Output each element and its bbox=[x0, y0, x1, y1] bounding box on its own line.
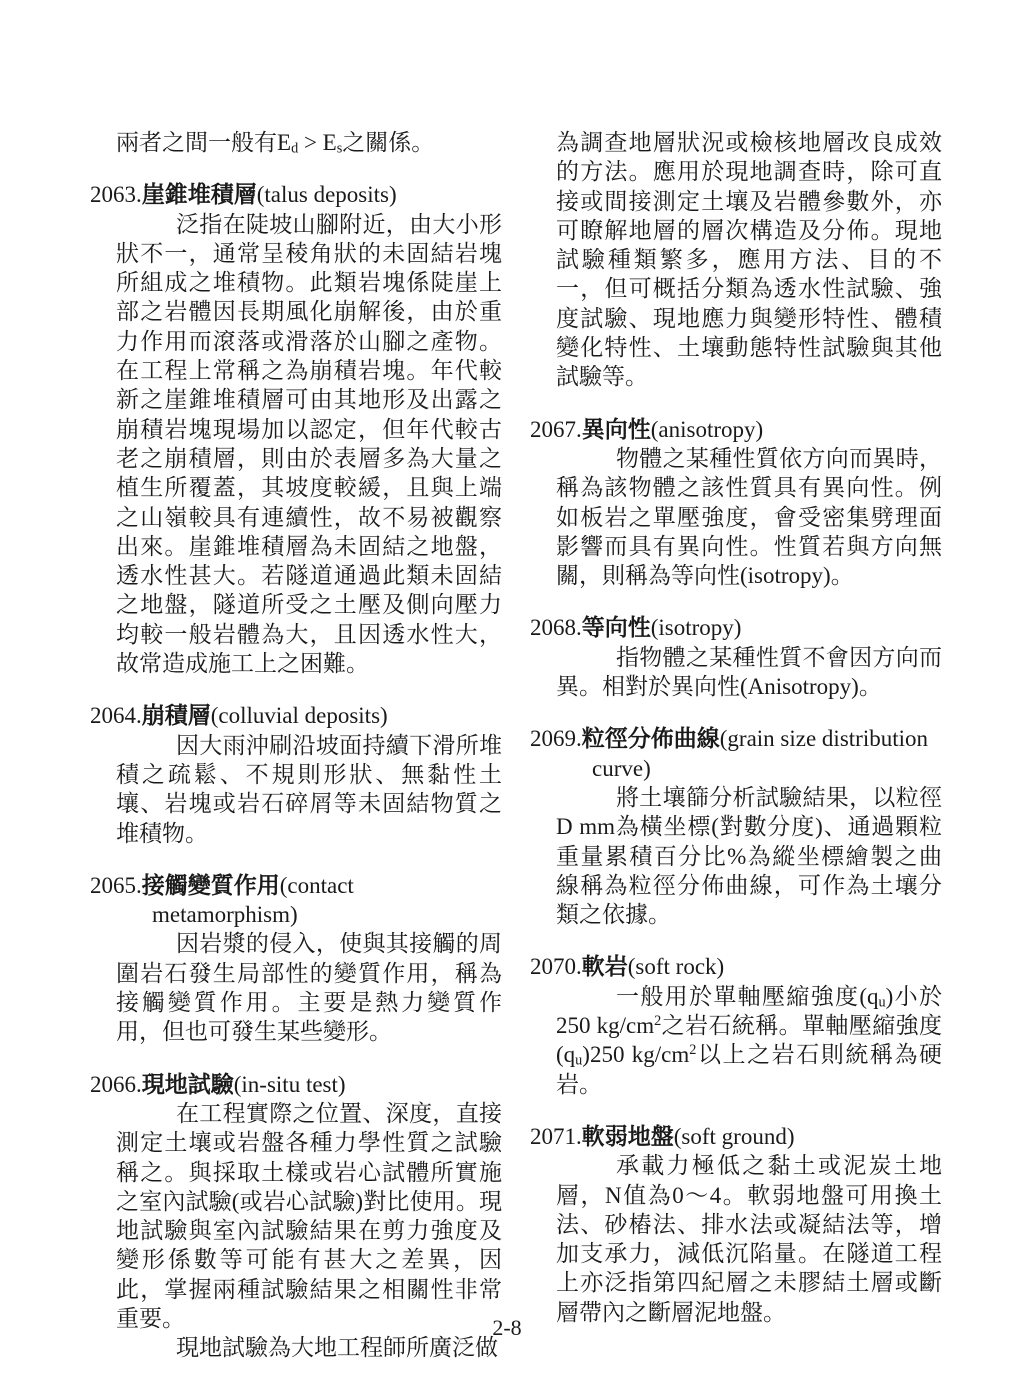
entry-term: 軟岩 bbox=[582, 954, 628, 979]
entry-heading: 2067.異向性(anisotropy) bbox=[530, 415, 942, 444]
entry-heading: 2070.軟岩(soft rock) bbox=[530, 952, 942, 981]
paragraph-continuation-from-previous-page: 兩者之間一般有Ed > Es之關係。 bbox=[116, 128, 502, 157]
document-page: 兩者之間一般有Ed > Es之關係。 2063.崖錐堆積層(talus depo… bbox=[0, 0, 1024, 1400]
entry-term-en: (colluvial deposits) bbox=[211, 703, 388, 728]
entry-number: 2070. bbox=[530, 954, 582, 979]
entry-paragraph: 承載力極低之黏土或泥炭土地層，N值為0～4。軟弱地盤可用換土法、砂樁法、排水法或… bbox=[556, 1151, 942, 1327]
entry-term-en: (anisotropy) bbox=[651, 417, 763, 442]
entry-heading: 2071.軟弱地盤(soft ground) bbox=[530, 1122, 942, 1151]
left-column: 兩者之間一般有Ed > Es之關係。 2063.崖錐堆積層(talus depo… bbox=[90, 128, 502, 1363]
entry-2070: 2070.軟岩(soft rock) 一般用於單軸壓縮強度(qu)小於250 k… bbox=[530, 952, 942, 1098]
entry-2064: 2064.崩積層(colluvial deposits) 因大雨沖刷沿坡面持續下… bbox=[90, 701, 502, 847]
entry-2068: 2068.等向性(isotropy) 指物體之某種性質不會因方向而異。相對於異向… bbox=[530, 613, 942, 701]
entry-term-en: (talus deposits) bbox=[257, 182, 397, 207]
entry-paragraph: 泛指在陡坡山腳附近，由大小形狀不一，通常呈稜角狀的未固結岩塊所組成之堆積物。此類… bbox=[116, 210, 502, 679]
entry-paragraph: 因大雨沖刷沿坡面持續下滑所堆積之疏鬆、不規則形狀、無黏性土壤、岩塊或岩石碎屑等未… bbox=[116, 731, 502, 848]
entry-2065: 2065.接觸變質作用(contact metamorphism) 因岩漿的侵入… bbox=[90, 871, 502, 1047]
entry-heading: 2069.粒徑分佈曲線(grain size distribution curv… bbox=[530, 724, 942, 783]
entry-heading: 2066.現地試驗(in-situ test) bbox=[90, 1070, 502, 1099]
entry-number: 2068. bbox=[530, 615, 582, 640]
entry-term-en: (isotropy) bbox=[651, 615, 742, 640]
entry-heading: 2068.等向性(isotropy) bbox=[530, 613, 942, 642]
entry-term: 崩積層 bbox=[142, 703, 211, 728]
entry-term: 崖錐堆積層 bbox=[142, 182, 257, 207]
entry-term: 粒徑分佈曲線 bbox=[582, 726, 720, 751]
entry-term: 軟弱地盤 bbox=[582, 1124, 674, 1149]
entry-paragraph: 在工程實際之位置、深度，直接測定土壤或岩盤各種力學性質之試驗稱之。與採取土樣或岩… bbox=[116, 1099, 502, 1333]
page-number: 2-8 bbox=[0, 1314, 1014, 1342]
entry-number: 2064. bbox=[90, 703, 142, 728]
right-column: 為調查地層狀況或檢核地層改良成效的方法。應用於現地調查時，除可直接或間接測定土壤… bbox=[530, 128, 942, 1327]
paragraph-continuation-from-left-column: 為調查地層狀況或檢核地層改良成效的方法。應用於現地調查時，除可直接或間接測定土壤… bbox=[556, 128, 942, 392]
entry-number: 2063. bbox=[90, 182, 142, 207]
entry-2071: 2071.軟弱地盤(soft ground) 承載力極低之黏土或泥炭土地層，N值… bbox=[530, 1122, 942, 1327]
entry-paragraph: 指物體之某種性質不會因方向而異。相對於異向性(Anisotropy)。 bbox=[556, 643, 942, 702]
entry-2063: 2063.崖錐堆積層(talus deposits) 泛指在陡坡山腳附近，由大小… bbox=[90, 180, 502, 678]
entry-paragraph: 將土壤篩分析試驗結果，以粒徑D mm為橫坐標(對數分度)、通過顆粒重量累積百分比… bbox=[556, 783, 942, 929]
entry-number: 2066. bbox=[90, 1072, 142, 1097]
entry-term: 異向性 bbox=[582, 417, 651, 442]
entry-2069: 2069.粒徑分佈曲線(grain size distribution curv… bbox=[530, 724, 942, 929]
entry-heading: 2063.崖錐堆積層(talus deposits) bbox=[90, 180, 502, 209]
entry-number: 2069. bbox=[530, 726, 582, 751]
entry-paragraph: 因岩漿的侵入，使與其接觸的周圍岩石發生局部性的變質作用，稱為接觸變質作用。主要是… bbox=[116, 929, 502, 1046]
entry-number: 2065. bbox=[90, 873, 142, 898]
entry-number: 2067. bbox=[530, 417, 582, 442]
entry-term: 接觸變質作用 bbox=[142, 873, 280, 898]
entry-paragraph: 一般用於單軸壓縮強度(qu)小於250 kg/cm2之岩石統稱。單軸壓縮強度(q… bbox=[556, 982, 942, 1099]
entry-heading: 2065.接觸變質作用(contact metamorphism) bbox=[90, 871, 502, 930]
entry-term-en: (soft ground) bbox=[674, 1124, 795, 1149]
entry-number: 2071. bbox=[530, 1124, 582, 1149]
entry-term: 等向性 bbox=[582, 615, 651, 640]
entry-paragraph: 物體之某種性質依方向而異時，稱為該物體之該性質具有異向性。例如板岩之單壓強度，會… bbox=[556, 444, 942, 590]
entry-term: 現地試驗 bbox=[142, 1072, 234, 1097]
entry-term-en: (in-situ test) bbox=[234, 1072, 346, 1097]
entry-2067: 2067.異向性(anisotropy) 物體之某種性質依方向而異時，稱為該物體… bbox=[530, 415, 942, 591]
entry-term-en: (soft rock) bbox=[628, 954, 724, 979]
entry-heading: 2064.崩積層(colluvial deposits) bbox=[90, 701, 502, 730]
